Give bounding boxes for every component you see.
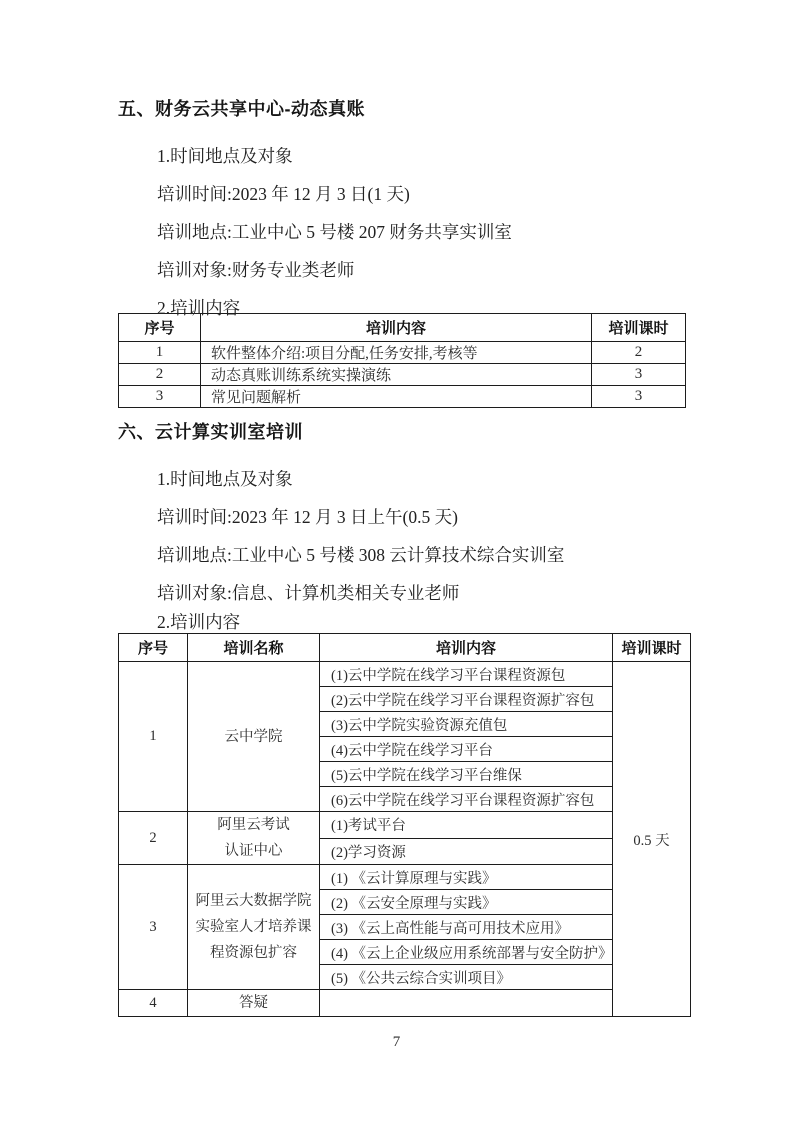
training-name-line: 程资源包扩容 <box>188 940 319 966</box>
training-name-line: 认证中心 <box>188 838 319 864</box>
section-5-training-audience: 培训对象:财务专业类老师 <box>157 261 793 280</box>
cell-no: 4 <box>119 990 188 1017</box>
header-cell-no: 序号 <box>119 634 188 662</box>
cell-item: (1)考试平台 <box>320 812 613 839</box>
cell-item: (4)云中学院在线学习平台 <box>320 737 613 762</box>
cell-content: 软件整体介绍:项目分配,任务安排,考核等 <box>201 342 592 364</box>
cell-hours: 2 <box>592 342 686 364</box>
cell-item: (2)学习资源 <box>320 838 613 865</box>
table-row: 2 动态真账训练系统实操演练 3 <box>119 364 686 386</box>
training-name-line: 阿里云大数据学院 <box>188 888 319 914</box>
section-6-training-place: 培训地点:工业中心 5 号楼 308 云计算技术综合实训室 <box>157 546 793 565</box>
cell-item: (5) 《公共云综合实训项目》 <box>320 965 613 990</box>
header-cell-name: 培训名称 <box>188 634 320 662</box>
cell-item: (2)云中学院在线学习平台课程资源扩容包 <box>320 687 613 712</box>
cell-item-empty <box>320 990 613 1017</box>
cell-hours: 3 <box>592 364 686 386</box>
cell-no: 3 <box>119 865 188 990</box>
section-6-sub2: 2.培训内容 <box>157 613 793 632</box>
cell-item: (1)云中学院在线学习平台课程资源包 <box>320 662 613 687</box>
cell-item: (3)云中学院实验资源充值包 <box>320 712 613 737</box>
finance-training-table: 序号 培训内容 培训课时 1 软件整体介绍:项目分配,任务安排,考核等 2 2 … <box>118 313 686 408</box>
cell-training-name: 云中学院 <box>188 662 320 812</box>
cell-hours-total: 0.5 天 <box>613 662 691 1017</box>
cell-training-name: 阿里云考试 认证中心 <box>188 812 320 865</box>
section-6-training-time: 培训时间:2023 年 12 月 3 日上午(0.5 天) <box>157 508 793 527</box>
document-page: 五、财务云共享中心-动态真账 1.时间地点及对象 培训时间:2023 年 12 … <box>0 0 793 1121</box>
section-5-training-time: 培训时间:2023 年 12 月 3 日(1 天) <box>157 185 793 204</box>
cell-hours: 3 <box>592 386 686 408</box>
training-name-line: 云中学院 <box>188 724 319 750</box>
header-cell-hours: 培训课时 <box>613 634 691 662</box>
training-name-line: 答疑 <box>188 990 319 1016</box>
table-row: 3 常见问题解析 3 <box>119 386 686 408</box>
table-header-row: 序号 培训名称 培训内容 培训课时 <box>119 634 691 662</box>
header-cell-content: 培训内容 <box>201 314 592 342</box>
table-row: 3 阿里云大数据学院 实验室人才培养课 程资源包扩容 (1) 《云计算原理与实践… <box>119 865 691 890</box>
header-cell-content: 培训内容 <box>320 634 613 662</box>
cell-item: (5)云中学院在线学习平台维保 <box>320 762 613 787</box>
section-5-sub1: 1.时间地点及对象 <box>157 147 793 166</box>
page-number: 7 <box>0 1034 793 1051</box>
table-row: 2 阿里云考试 认证中心 (1)考试平台 <box>119 812 691 839</box>
table-row: 1 软件整体介绍:项目分配,任务安排,考核等 2 <box>119 342 686 364</box>
training-name-line: 阿里云考试 <box>188 812 319 838</box>
cell-no: 1 <box>119 662 188 812</box>
cell-no: 2 <box>119 812 188 865</box>
cell-item: (3) 《云上高性能与高可用技术应用》 <box>320 915 613 940</box>
section-5-heading: 五、财务云共享中心-动态真账 <box>118 100 793 118</box>
cell-item: (2) 《云安全原理与实践》 <box>320 890 613 915</box>
cell-no: 2 <box>119 364 201 386</box>
cell-item: (4) 《云上企业级应用系统部署与安全防护》 <box>320 940 613 965</box>
cell-item: (1) 《云计算原理与实践》 <box>320 865 613 890</box>
header-cell-hours: 培训课时 <box>592 314 686 342</box>
table-row: 4 答疑 <box>119 990 691 1017</box>
cell-training-name: 答疑 <box>188 990 320 1017</box>
cloud-training-table: 序号 培训名称 培训内容 培训课时 1 云中学院 (1)云中学院在线学习平台课程… <box>118 633 691 1017</box>
section-6-training-audience: 培训对象:信息、计算机类相关专业老师 <box>157 584 793 603</box>
section-6-sub1: 1.时间地点及对象 <box>157 470 793 489</box>
cell-content: 动态真账训练系统实操演练 <box>201 364 592 386</box>
table-row: 1 云中学院 (1)云中学院在线学习平台课程资源包 0.5 天 <box>119 662 691 687</box>
section-6-heading: 六、云计算实训室培训 <box>118 423 793 441</box>
cell-item: (6)云中学院在线学习平台课程资源扩容包 <box>320 787 613 812</box>
training-name-line: 实验室人才培养课 <box>188 914 319 940</box>
cell-no: 1 <box>119 342 201 364</box>
section-5-training-place: 培训地点:工业中心 5 号楼 207 财务共享实训室 <box>157 223 793 242</box>
cell-training-name: 阿里云大数据学院 实验室人才培养课 程资源包扩容 <box>188 865 320 990</box>
cell-content: 常见问题解析 <box>201 386 592 408</box>
cell-no: 3 <box>119 386 201 408</box>
